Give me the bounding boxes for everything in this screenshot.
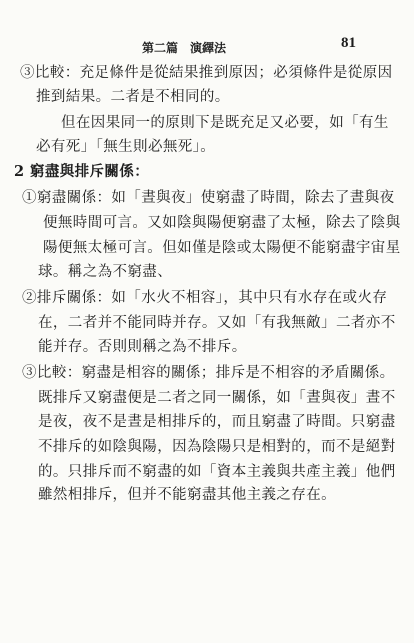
- text-line: 雖然相排斥，但并不能窮盡其他主義之存在。: [38, 486, 336, 504]
- text-line: 便無時間可言。又如陰與陽便窮盡了太極，除去了陰與: [43, 214, 401, 232]
- text-line: 不排斥的如陰與陽，因為陰陽只是相對的，而不是絕對: [38, 438, 396, 456]
- text-line: 陽便無太極可言。但如僅是陰或太陽便不能窮盡宇宙星: [43, 239, 401, 257]
- text-line: 既排斥又窮盡便是二者之同一關係，如「晝與夜」晝不: [38, 389, 396, 407]
- book-page: 第二篇 演繹法 81 ③比較：充足條件是從結果推到原因；必須條件是從原因 推到結…: [0, 0, 414, 643]
- text-line: 但在因果同一的原則下是既充足又必要，如「有生: [61, 114, 389, 132]
- text-line: 球。稱之為不窮盡、: [38, 263, 172, 281]
- text-line: 能并存。否則則稱之為不排斥。: [38, 338, 247, 356]
- section-heading: 2 窮盡與排斥關係：: [14, 163, 149, 181]
- text-line: 在，二者并不能同時并存。又如「有我無敵」二者亦不: [38, 314, 396, 332]
- text-line: ②排斥關係：如「水火不相容」，其中只有水存在或火存: [22, 289, 387, 307]
- text-line: 的。只排斥而不窮盡的如「資本主義與共產主義」他們: [38, 463, 396, 481]
- text-line: 必有死」「無生則必無死」。: [36, 138, 215, 156]
- chapter-header: 第二篇 演繹法: [142, 39, 226, 56]
- text-line: 是夜，夜不是晝是相排斥的，而且窮盡了時間。只窮盡: [38, 413, 396, 431]
- text-line: ③比較：窮盡是相容的關係；排斥是不相容的矛盾關係。: [22, 364, 395, 382]
- page-number: 81: [341, 35, 356, 52]
- text-line: ③比較：充足條件是從結果推到原因；必須條件是從原因: [20, 64, 393, 82]
- text-line: 推到結果。二者是不相同的。: [36, 88, 230, 106]
- text-line: ①窮盡關係：如「晝與夜」使窮盡了時間，除去了晝與夜: [22, 189, 395, 207]
